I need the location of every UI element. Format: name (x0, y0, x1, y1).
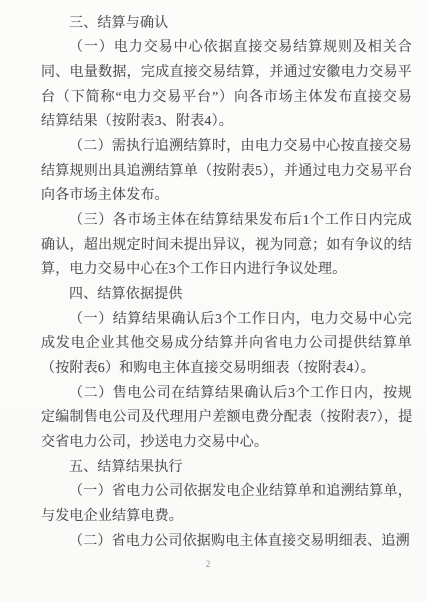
doc-line: 交省电力公司，抄送电力交易中心。 (41, 431, 412, 456)
doc-line: （二）售电公司在结算结果确认后3个工作日内，按规 (41, 382, 412, 407)
doc-line: （三）各市场主体在结算结果发布后1个工作日内完成 (41, 209, 412, 234)
section-heading: 四、结算依据提供 (41, 283, 412, 308)
doc-line: 向各市场主体发布。 (41, 184, 412, 209)
doc-line: 成发电企业其他交易成分结算并向省电力公司提供结算单 (41, 332, 412, 357)
doc-line: 结算结果（按附表3、附表4）。 (41, 110, 412, 135)
doc-line: （一）电力交易中心依据直接交易结算规则及相关合 (41, 36, 412, 61)
doc-line: 台（下简称“电力交易平台”）向各市场主体发布直接交易 (41, 86, 412, 111)
doc-line: （二）需执行追溯结算时，由电力交易中心按直接交易 (41, 135, 412, 160)
doc-line: 结算规则出具追溯结算单（按附表5），并通过电力交易平台 (41, 160, 412, 185)
section-heading: 五、结算结果执行 (41, 456, 412, 481)
page-number: 2 (200, 560, 216, 570)
doc-line: （一）结算结果确认后3个工作日内，电力交易中心完 (41, 308, 412, 333)
doc-line: 确认，超出规定时间未提出异议，视为同意；如有争议的结 (41, 234, 412, 259)
doc-line: （二）省电力公司依据购电主体直接交易明细表、追溯 (41, 530, 412, 555)
doc-line: 算，电力交易中心在3个工作日内进行争议处理。 (41, 258, 412, 283)
doc-line: （按附表6）和购电主体直接交易明细表（按附表4）。 (41, 357, 412, 382)
doc-line: 与发电企业结算电费。 (41, 505, 412, 530)
doc-line: 定编制售电公司及代理用户差额电费分配表（按附表7），提 (41, 406, 412, 431)
document-page: 三、结算与确认 （一）电力交易中心依据直接交易结算规则及相关合 同、电量数据，完… (0, 0, 427, 602)
document-body: 三、结算与确认 （一）电力交易中心依据直接交易结算规则及相关合 同、电量数据，完… (41, 12, 412, 555)
doc-line: 同、电量数据，完成直接交易结算，并通过安徽电力交易平 (41, 61, 412, 86)
section-heading: 三、结算与确认 (41, 12, 412, 37)
doc-line: （一）省电力公司依据发电企业结算单和追溯结算单， (41, 480, 412, 505)
